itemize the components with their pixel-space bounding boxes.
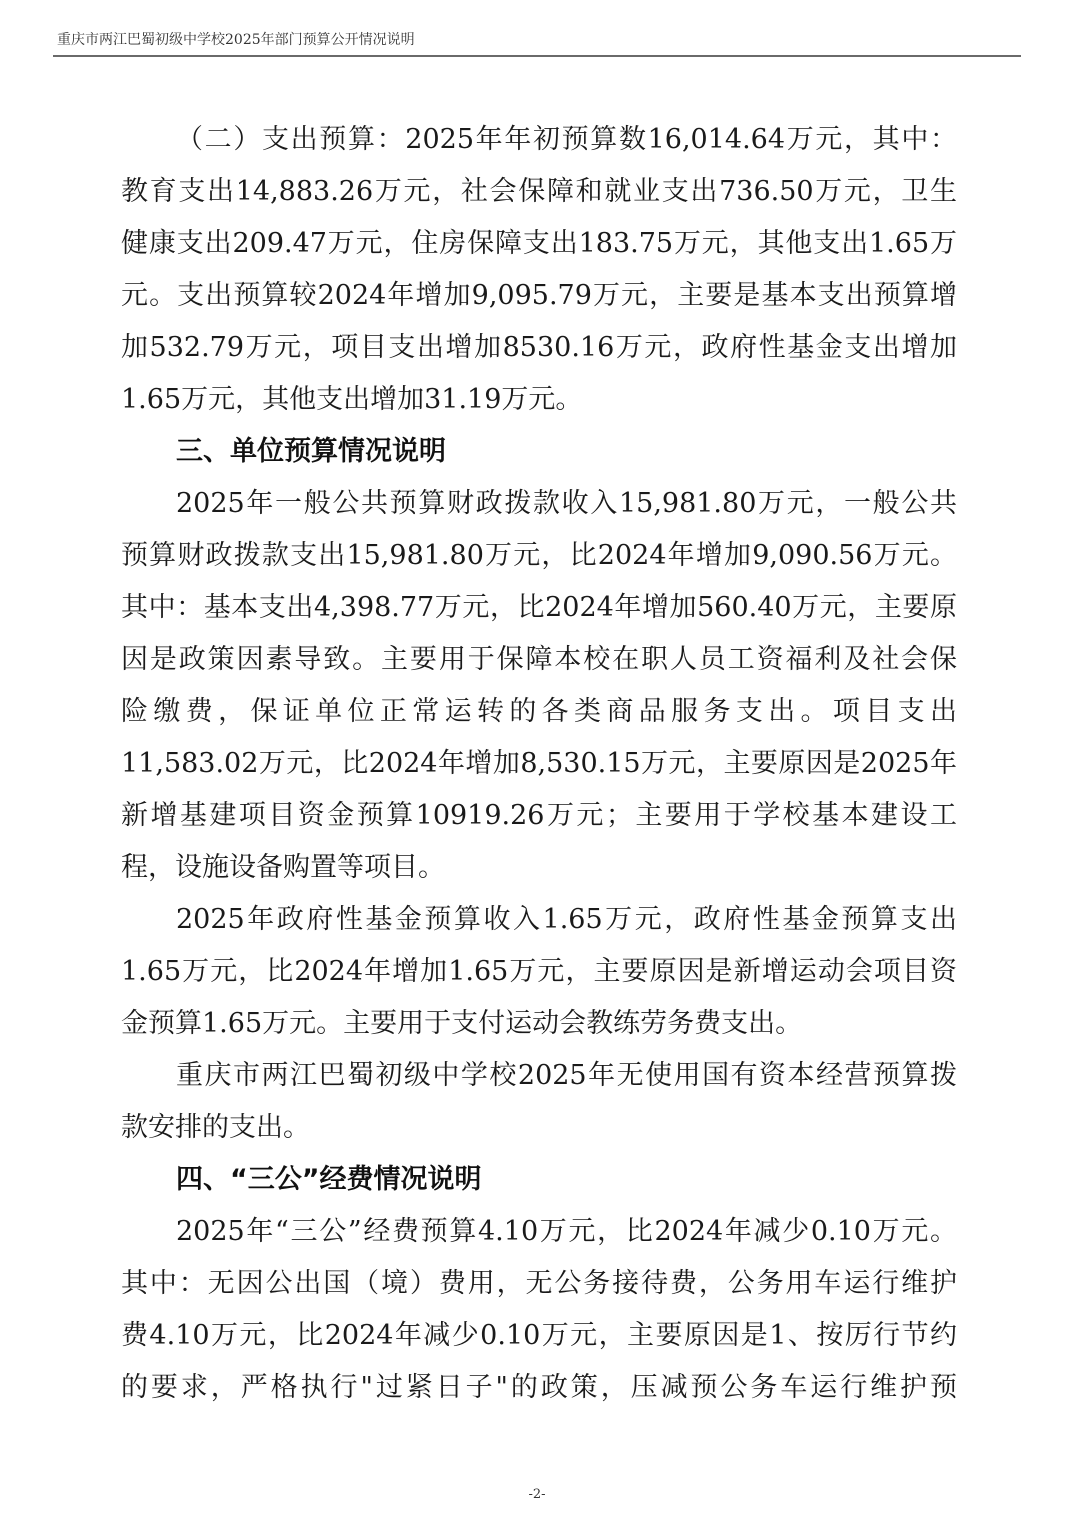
- paragraph-line: 加532.79万元，项目支出增加8530.16万元，政府性基金支出增加: [121, 322, 957, 374]
- section-heading: 三、单位预算情况说明: [121, 426, 957, 478]
- paragraph-line: （二）支出预算：2025年年初预算数16,014.64万元，其中：: [121, 114, 957, 166]
- section-heading: 四、“三公”经费情况说明: [121, 1154, 957, 1206]
- document-title: 重庆市两江巴蜀初级中学校2025年部门预算公开情况说明: [57, 32, 415, 48]
- paragraph-line: 费4.10万元，比2024年减少0.10万元，主要原因是1、按厉行节约: [121, 1310, 957, 1362]
- paragraph-line: 教育支出14,883.26万元，社会保障和就业支出736.50万元，卫生: [121, 166, 957, 218]
- paragraph-line: 其中：无因公出国（境）费用，无公务接待费，公务用车运行维护: [121, 1258, 957, 1310]
- paragraph-line: 新增基建项目资金预算10919.26万元；主要用于学校基本建设工: [121, 790, 957, 842]
- paragraph-line: 金预算1.65万元。主要用于支付运动会教练劳务费支出。: [121, 998, 957, 1050]
- paragraph-line: 重庆市两江巴蜀初级中学校2025年无使用国有资本经营预算拨: [121, 1050, 957, 1102]
- page-header: 重庆市两江巴蜀初级中学校2025年部门预算公开情况说明: [53, 28, 1021, 57]
- paragraph-line: 1.65万元，其他支出增加31.19万元。: [121, 374, 957, 426]
- paragraph-line: 预算财政拨款支出15,981.80万元，比2024年增加9,090.56万元。: [121, 530, 957, 582]
- document-body: （二）支出预算：2025年年初预算数16,014.64万元，其中： 教育支出14…: [121, 114, 957, 1414]
- paragraph-line: 因是政策因素导致。主要用于保障本校在职人员工资福利及社会保: [121, 634, 957, 686]
- paragraph-line: 2025年一般公共预算财政拨款收入15,981.80万元，一般公共: [121, 478, 957, 530]
- paragraph-line: 1.65万元，比2024年增加1.65万元，主要原因是新增运动会项目资: [121, 946, 957, 998]
- paragraph-line: 程，设施设备购置等项目。: [121, 842, 957, 894]
- paragraph-line: 元。支出预算较2024年增加9,095.79万元，主要是基本支出预算增: [121, 270, 957, 322]
- paragraph-line: 11,583.02万元，比2024年增加8,530.15万元，主要原因是2025…: [121, 738, 957, 790]
- paragraph-line: 险缴费，保证单位正常运转的各类商品服务支出。项目支出: [121, 686, 957, 738]
- paragraph-line: 款安排的支出。: [121, 1102, 957, 1154]
- paragraph-line: 健康支出209.47万元，住房保障支出183.75万元，其他支出1.65万: [121, 218, 957, 270]
- paragraph-line: 的要求，严格执行"过紧日子"的政策，压减预公务车运行维护预: [121, 1362, 957, 1414]
- paragraph-line: 其中：基本支出4,398.77万元，比2024年增加560.40万元，主要原: [121, 582, 957, 634]
- page-number: -2-: [0, 1487, 1074, 1502]
- paragraph-line: 2025年政府性基金预算收入1.65万元，政府性基金预算支出: [121, 894, 957, 946]
- paragraph-line: 2025年“三公”经费预算4.10万元，比2024年减少0.10万元。: [121, 1206, 957, 1258]
